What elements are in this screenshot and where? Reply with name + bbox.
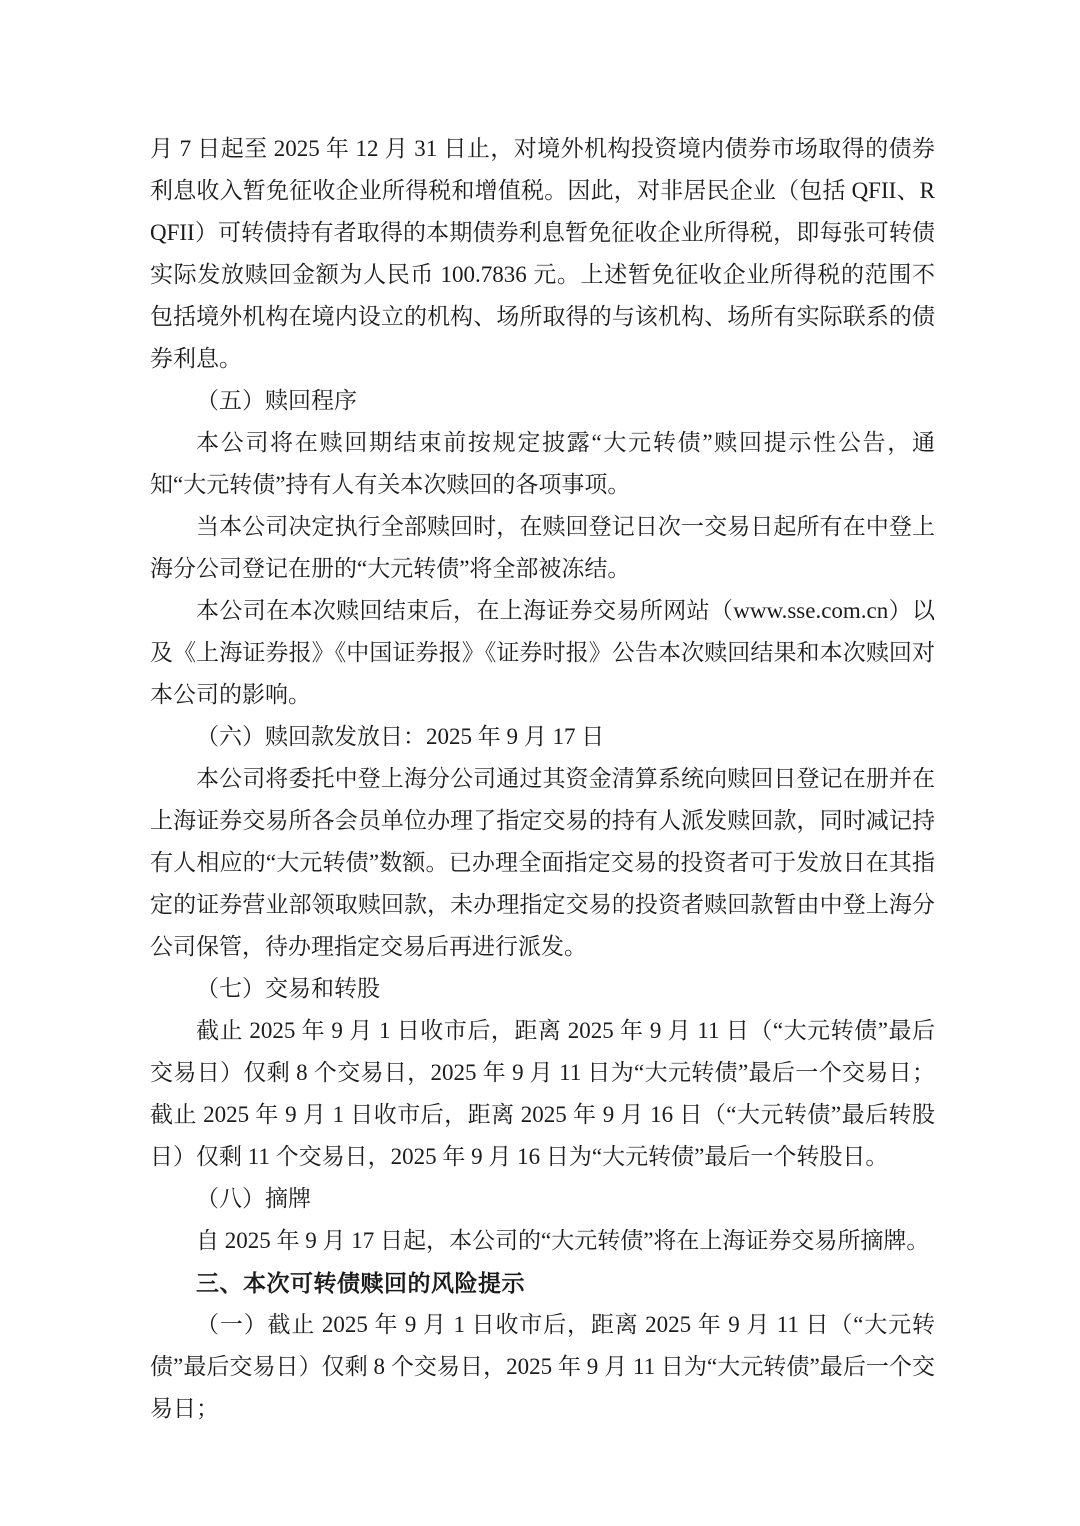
paragraph: （八）摘牌 xyxy=(150,1178,935,1220)
paragraph: 本公司将委托中登上海分公司通过其资金清算系统向赎回日登记在册并在上海证券交易所各… xyxy=(150,758,935,968)
paragraph: 月 7 日起至 2025 年 12 月 31 日止，对境外机构投资境内债券市场取… xyxy=(150,128,935,380)
paragraph: （五）赎回程序 xyxy=(150,380,935,422)
section-heading: 三、本次可转债赎回的风险提示 xyxy=(150,1262,935,1304)
paragraph: （七）交易和转股 xyxy=(150,968,935,1010)
paragraph: 本公司在本次赎回结束后，在上海证券交易所网站（www.sse.com.cn）以及… xyxy=(150,590,935,716)
paragraph: 截止 2025 年 9 月 1 日收市后，距离 2025 年 9 月 11 日（… xyxy=(150,1010,935,1178)
paragraph: 自 2025 年 9 月 17 日起，本公司的“大元转债”将在上海证券交易所摘牌… xyxy=(150,1220,935,1262)
paragraph: （六）赎回款发放日：2025 年 9 月 17 日 xyxy=(150,716,935,758)
paragraph: 当本公司决定执行全部赎回时，在赎回登记日次一交易日起所有在中登上海分公司登记在册… xyxy=(150,506,935,590)
document-page: 月 7 日起至 2025 年 12 月 31 日止，对境外机构投资境内债券市场取… xyxy=(0,0,1080,1526)
paragraph: 本公司将在赎回期结束前按规定披露“大元转债”赎回提示性公告，通知“大元转债”持有… xyxy=(150,422,935,506)
paragraph: （一）截止 2025 年 9 月 1 日收市后，距离 2025 年 9 月 11… xyxy=(150,1304,935,1430)
document-body: 月 7 日起至 2025 年 12 月 31 日止，对境外机构投资境内债券市场取… xyxy=(150,128,935,1430)
